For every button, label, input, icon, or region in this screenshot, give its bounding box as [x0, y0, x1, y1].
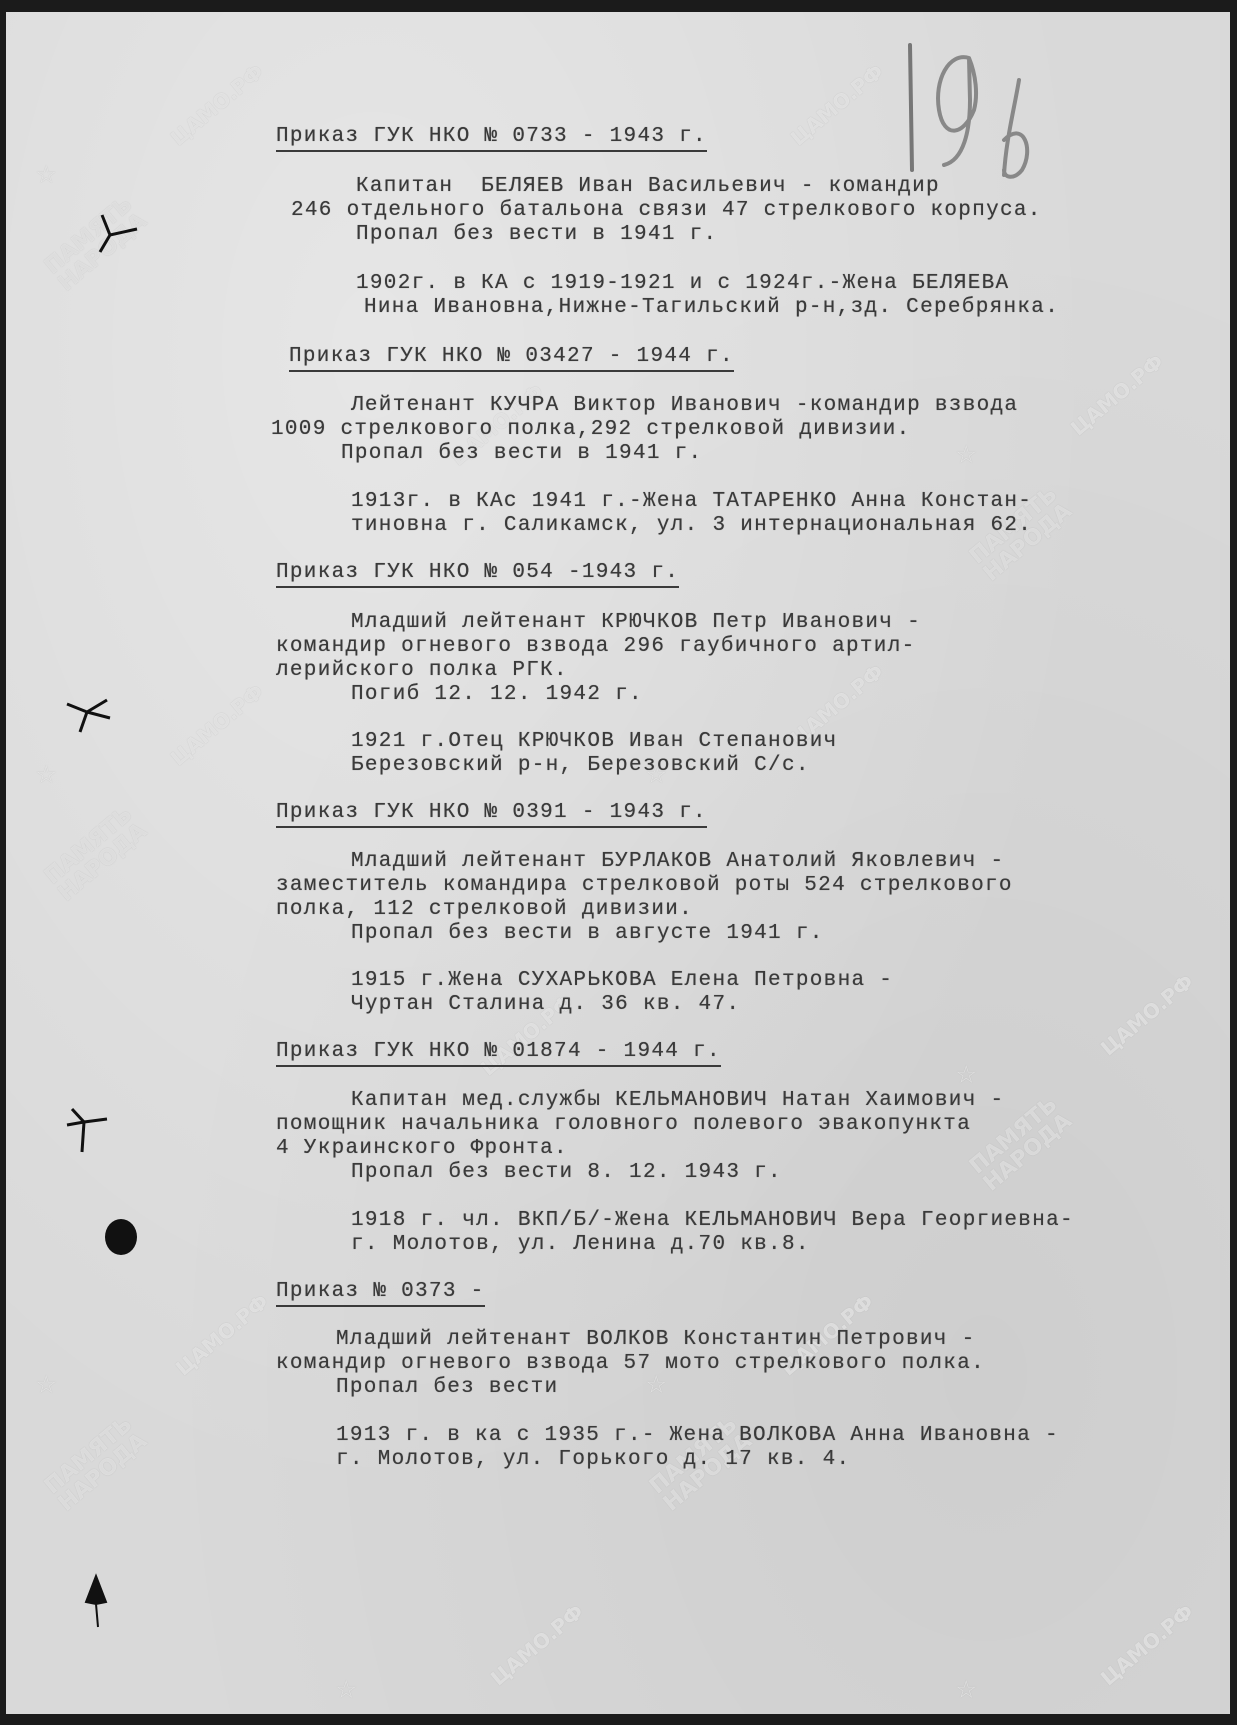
- order-header: Приказ ГУК НКО № 0733 - 1943 г.: [276, 125, 707, 152]
- watermark-archive: ЦАМО.РФ: [486, 1599, 588, 1690]
- entry-text: Лейтенант КУЧРА Виктор Иванович -команди…: [351, 394, 1018, 418]
- punch-hole-icon: [62, 682, 122, 742]
- entry-text: Капитан мед.службы КЕЛЬМАНОВИЧ Натан Хаи…: [351, 1089, 1004, 1113]
- entry-text: командир огневого взвода 296 гаубичного …: [276, 635, 916, 659]
- watermark-archive: ЦАМО.РФ: [166, 59, 268, 150]
- punch-hole-icon: [82, 207, 142, 257]
- punch-hole-icon: [76, 1572, 116, 1632]
- watermark-archive: ЦАМО.РФ: [1066, 349, 1168, 440]
- entry-text: тиновна г. Саликамск, ул. 3 интернациона…: [351, 514, 1032, 538]
- star-watermark-icon: ☆: [956, 1052, 976, 1094]
- entry-text: 4 Украинского Фронта.: [276, 1137, 568, 1161]
- entry-text: помощник начальника головного полевого э…: [276, 1113, 971, 1137]
- entry-text: 1913г. в КАс 1941 г.-Жена ТАТАРЕНКО Анна…: [351, 490, 1032, 514]
- entry-text: г. Молотов, ул. Ленина д.70 кв.8.: [351, 1233, 810, 1257]
- entry-text: 1902г. в КА с 1919-1921 и с 1924г.-Жена …: [356, 272, 1009, 296]
- archival-document-page: ЦАМО.РФ ЦАМО.РФ ЦАМО.РФ ЦАМО.РФ ЦАМО.РФ …: [6, 12, 1230, 1714]
- entry-text: командир огневого взвода 57 мото стрелко…: [276, 1352, 985, 1376]
- entry-text: Пропал без вести в августе 1941 г.: [351, 922, 824, 946]
- star-watermark-icon: ☆: [956, 1667, 976, 1709]
- order-header: Приказ ГУК НКО № 01874 - 1944 г.: [276, 1040, 721, 1067]
- watermark-archive: ЦАМО.РФ: [171, 1289, 273, 1380]
- entry-text: Пропал без вести: [336, 1376, 558, 1400]
- punch-hole-icon: [62, 1097, 122, 1157]
- watermark-archive: ЦАМО.РФ: [786, 59, 888, 150]
- order-header: Приказ ГУК НКО № 054 -1943 г.: [276, 561, 679, 588]
- entry-text: Березовский р-н, Березовский С/с.: [351, 754, 810, 778]
- entry-text: г. Молотов, ул. Горького д. 17 кв. 4.: [336, 1448, 850, 1472]
- watermark-project: ПАМЯТЬНАРОДА: [41, 803, 151, 905]
- entry-text: 1009 стрелкового полка,292 стрелковой ди…: [271, 418, 911, 442]
- entry-text: Нина Ивановна,Нижне-Тагильский р-н,зд. С…: [364, 296, 1059, 320]
- entry-text: 246 отдельного батальона связи 47 стрелк…: [291, 199, 1042, 223]
- watermark-project: ПАМЯТЬНАРОДА: [41, 1413, 151, 1515]
- entry-text: Пропал без вести в 1941 г.: [356, 223, 717, 247]
- entry-text: 1913 г. в ка с 1935 г.- Жена ВОЛКОВА Анн…: [336, 1424, 1059, 1448]
- order-header: Приказ № 0373 -: [276, 1280, 485, 1307]
- entry-text: Младший лейтенант БУРЛАКОВ Анатолий Яков…: [351, 850, 1004, 874]
- entry-text: 1918 г. чл. ВКП/Б/-Жена КЕЛЬМАНОВИЧ Вера…: [351, 1209, 1074, 1233]
- entry-text: Чуртан Сталина д. 36 кв. 47.: [351, 993, 740, 1017]
- entry-text: 1915 г.Жена СУХАРЬКОВА Елена Петровна -: [351, 969, 893, 993]
- entry-text: Пропал без вести 8. 12. 1943 г.: [351, 1161, 782, 1185]
- entry-text: лерийского полка РГК.: [276, 659, 568, 683]
- star-watermark-icon: ☆: [36, 152, 56, 194]
- entry-text: Младший лейтенант ВОЛКОВ Константин Петр…: [336, 1328, 976, 1352]
- punch-hole-icon: [96, 1212, 146, 1262]
- order-header: Приказ ГУК НКО № 03427 - 1944 г.: [289, 345, 734, 372]
- watermark-archive: ЦАМО.РФ: [1096, 969, 1198, 1060]
- star-watermark-icon: ☆: [336, 1667, 356, 1709]
- handwritten-page-number: [904, 40, 1034, 180]
- entry-text: 1921 г.Отец КРЮЧКОВ Иван Степанович: [351, 730, 838, 754]
- entry-text: Пропал без вести в 1941 г.: [341, 442, 702, 466]
- star-watermark-icon: ☆: [36, 1362, 56, 1404]
- entry-text: полка, 112 стрелковой дивизии.: [276, 898, 693, 922]
- star-watermark-icon: ☆: [956, 432, 976, 474]
- star-watermark-icon: ☆: [36, 752, 56, 794]
- order-header: Приказ ГУК НКО № 0391 - 1943 г.: [276, 801, 707, 828]
- entry-text: заместитель командира стрелковой роты 52…: [276, 874, 1013, 898]
- watermark-archive: ЦАМО.РФ: [1096, 1599, 1198, 1690]
- watermark-archive: ЦАМО.РФ: [166, 679, 268, 770]
- entry-text: Погиб 12. 12. 1942 г.: [351, 683, 643, 707]
- entry-text: Младший лейтенант КРЮЧКОВ Петр Иванович …: [351, 611, 921, 635]
- entry-text: Капитан БЕЛЯЕВ Иван Васильевич - команди…: [356, 175, 940, 199]
